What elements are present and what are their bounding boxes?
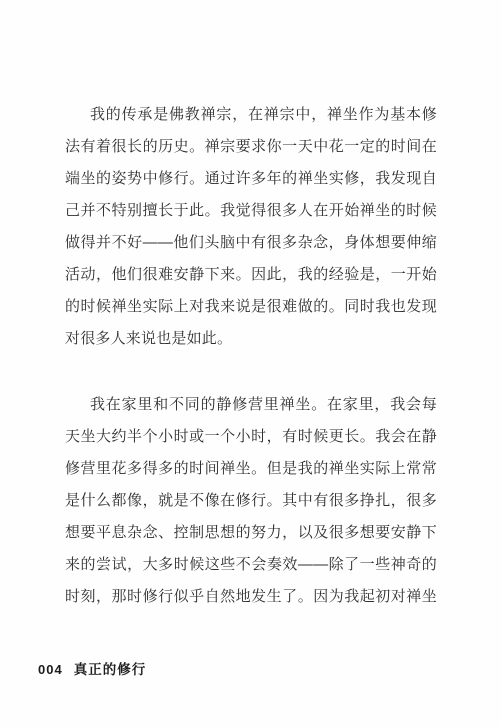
body-line: 来的尝试，大多时候这些不会奏效——除了一些神奇的	[65, 549, 437, 581]
body-line: 对很多人来说也是如此。	[65, 323, 437, 355]
body-line: 天坐大约半个小时或一个小时，有时候更长。我会在静	[65, 421, 437, 453]
body-line: 想要平息杂念、控制思想的努力，以及很多想要安静下	[65, 517, 437, 549]
body-line: 端坐的姿势中修行。通过许多年的禅坐实修，我发现自	[65, 163, 437, 195]
paragraph-1: 我的传承是佛教禅宗，在禅宗中，禅坐作为基本修 法有着很长的历史。禅宗要求你一天中…	[65, 99, 437, 355]
body-line: 己并不特别擅长于此。我觉得很多人在开始禅坐的时候	[65, 195, 437, 227]
body-line: 的时候禅坐实际上对我来说是很难做的。同时我也发现	[65, 291, 437, 323]
body-line: 我在家里和不同的静修营里禅坐。在家里，我会每	[65, 389, 437, 421]
body-text-block: 我的传承是佛教禅宗，在禅宗中，禅坐作为基本修 法有着很长的历史。禅宗要求你一天中…	[65, 99, 437, 647]
book-page: 我的传承是佛教禅宗，在禅宗中，禅坐作为基本修 法有着很长的历史。禅宗要求你一天中…	[0, 0, 502, 727]
body-line: 活动，他们很难安静下来。因此，我的经验是，一开始	[65, 259, 437, 291]
body-line: 我的传承是佛教禅宗，在禅宗中，禅坐作为基本修	[65, 99, 437, 131]
body-line: 时刻，那时修行似乎自然地发生了。因为我起初对禅坐	[65, 581, 437, 613]
page-number: 004	[38, 662, 63, 677]
body-line: 是什么都像，就是不像在修行。其中有很多挣扎，很多	[65, 485, 437, 517]
paragraph-2: 我在家里和不同的静修营里禅坐。在家里，我会每 天坐大约半个小时或一个小时，有时候…	[65, 389, 437, 613]
body-line: 修营里花多得多的时间禅坐。但是我的禅坐实际上常常	[65, 453, 437, 485]
page-footer: 004 真正的修行	[38, 658, 146, 678]
body-line: 法有着很长的历史。禅宗要求你一天中花一定的时间在	[65, 131, 437, 163]
book-title: 真正的修行	[74, 658, 147, 678]
body-line: 做得并不好——他们头脑中有很多杂念，身体想要伸缩	[65, 227, 437, 259]
